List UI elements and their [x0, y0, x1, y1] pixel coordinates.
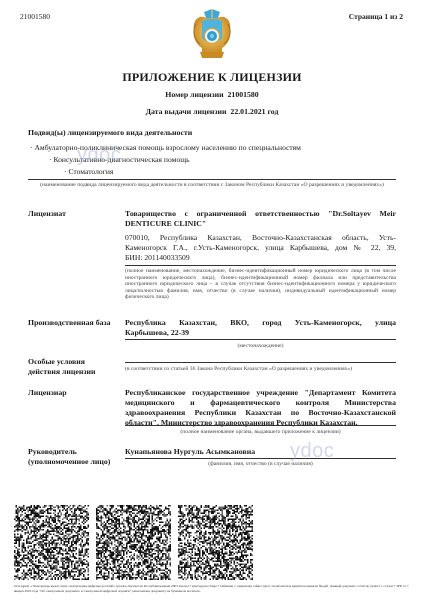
licensor-label: Лицензиар: [28, 388, 67, 398]
special-conditions-label-line: Особые условия: [28, 357, 96, 367]
issue-date-value: 22.01.2021 год: [230, 107, 278, 116]
divider: [125, 425, 396, 426]
qr-code-pattern-icon: [14, 505, 89, 580]
head-name: Кунапьянова Нургуль Асымкановна: [125, 447, 396, 457]
qr-code-pattern-icon: [178, 505, 253, 580]
divider: [125, 339, 396, 340]
state-emblem-icon: [188, 8, 236, 60]
corner-license-number: 21001580: [20, 12, 50, 21]
license-number-value: 21001580: [228, 90, 259, 99]
licensor-line: медицинского и фармацевтического контрол…: [125, 398, 396, 408]
licensee-name-line: DENTICURE CLINIC": [125, 219, 206, 228]
qr-code-pattern-icon: [96, 505, 171, 580]
divider: [125, 265, 396, 266]
qr-code-2: [96, 505, 171, 580]
document-title: ПРИЛОЖЕНИЕ К ЛИЦЕНЗИИ: [0, 70, 424, 85]
licensor-caption: (полное наименование органа, выдавшего п…: [125, 429, 396, 436]
licensee-name: Товарищество с ограниченной ответственно…: [125, 209, 396, 229]
subtype-item-label: Консультативно-диагностическая помощь: [53, 155, 189, 164]
licensee-address: 070010, Республика Казахстан, Восточно-К…: [125, 233, 396, 263]
licensor-line: Республиканское государственное учрежден…: [125, 388, 396, 398]
special-conditions-label-line: действия лицензии: [28, 367, 96, 377]
license-number-label: Номер лицензии: [165, 90, 223, 99]
qr-code-1: [14, 505, 89, 580]
issue-date-line: Дата выдачи лицензии 22.01.2021 год: [0, 107, 424, 116]
head-label: Руководитель (уполномоченное лицо): [28, 447, 110, 467]
special-conditions-label: Особые условия действия лицензии: [28, 357, 96, 377]
licensee-address-line: Каменогорск Г.А., г.Усть-Каменогорск, ул…: [125, 243, 396, 253]
production-base-caption: (местонахождение): [125, 343, 396, 350]
head-caption: (фамилия, имя, отчество (в случае наличи…: [125, 461, 396, 468]
licensee-bin: БИН: 201140033509: [125, 253, 190, 262]
divider: [125, 458, 396, 459]
licensee-label: Лицензиат: [28, 209, 66, 219]
production-base-line: Карбышева, 22-39: [125, 328, 189, 337]
legal-footnote: Осы құжат «Электронды құжат және электро…: [14, 584, 409, 593]
qr-code-3: [178, 505, 253, 580]
subtype-item: · Стоматология: [64, 167, 113, 176]
production-base-label: Производственная база: [28, 318, 111, 328]
special-conditions-caption: (в соответствии со статьей 36 Закона Рес…: [125, 366, 400, 373]
watermark-text: ydoc: [290, 440, 334, 463]
issue-date-label: Дата выдачи лицензии: [146, 107, 227, 116]
subtypes-caption: (наименование подвида лицензируемого вид…: [28, 182, 396, 189]
subtype-item-label: Амбулаторно-поликлиническая помощь взрос…: [34, 143, 301, 152]
divider: [28, 179, 396, 180]
licensee-caption: (полное наименование, местонахождение, б…: [125, 268, 396, 301]
watermark-text: ydoc: [77, 144, 121, 167]
production-base-line: Республика Казахстан, ВКО, город Усть-Ка…: [125, 318, 396, 328]
licensor-value: Республиканское государственное учрежден…: [125, 388, 396, 428]
license-number-line: Номер лицензии 21001580: [0, 90, 424, 99]
head-label-line: Руководитель: [28, 447, 110, 457]
page-indicator: Страница 1 из 2: [349, 12, 403, 21]
licensee-address-line: 070010, Республика Казахстан, Восточно-К…: [125, 233, 396, 243]
subtype-item-label: Стоматология: [68, 167, 113, 176]
subtype-item: · Амбулаторно-поликлиническая помощь взр…: [30, 143, 301, 152]
head-label-line: (уполномоченное лицо): [28, 457, 110, 467]
licensor-line: здравоохранения Республики Казахстан по …: [125, 408, 396, 418]
subtypes-heading: Подвид(ы) лицензируемого вида деятельнос…: [28, 128, 192, 137]
production-base-value: Республика Казахстан, ВКО, город Усть-Ка…: [125, 318, 396, 338]
licensee-name-line: Товарищество с ограниченной ответственно…: [125, 209, 396, 219]
divider: [125, 362, 396, 363]
